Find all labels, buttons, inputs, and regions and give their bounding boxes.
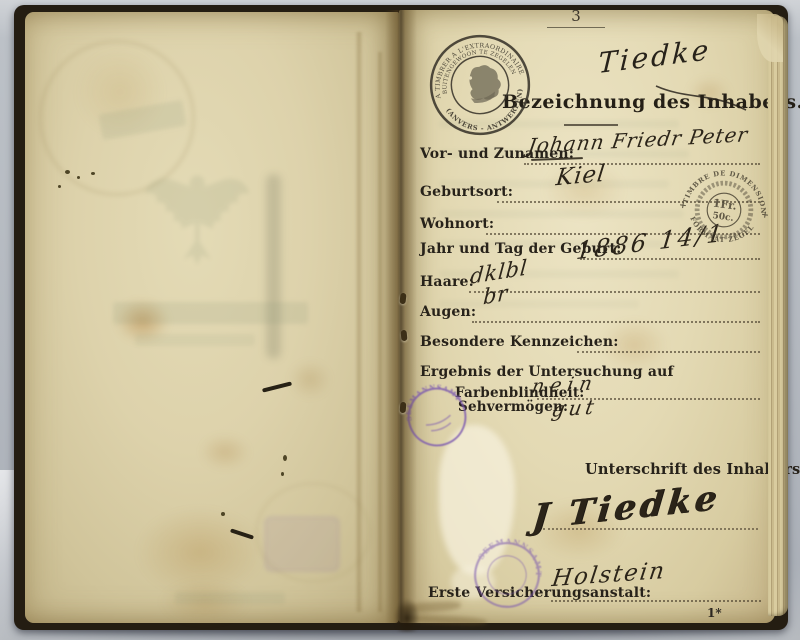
heading-underline	[564, 124, 618, 126]
page-edge-stack	[768, 16, 788, 616]
page-number: 3	[553, 7, 599, 25]
binding-stitch	[400, 402, 407, 413]
ink-speck	[91, 172, 95, 175]
binding-gutter	[385, 10, 417, 623]
stain	[280, 352, 340, 407]
ink-speck	[65, 170, 70, 174]
field-label-geburtsort: Geburtsort:	[420, 184, 513, 200]
dotted-line	[469, 291, 760, 293]
section-heading: Bezeichnung des Inhabers.	[502, 91, 800, 113]
page-crease	[377, 52, 383, 612]
bleedthrough-text	[113, 302, 308, 324]
field-label-kennzeichen: Besondere Kennzeichen:	[420, 334, 619, 350]
bleedthrough-text	[135, 334, 255, 346]
field-value-sehvermoegen: gut	[550, 394, 600, 422]
scanned-seamans-book: 3 Tiedke Bezeichnung des Inhabers. Vor- …	[0, 0, 800, 640]
field-label-haare: Haare:	[420, 274, 474, 290]
ink-speck	[281, 472, 284, 476]
field-label-augen: Augen:	[420, 304, 476, 320]
printer-mark: 1*	[707, 606, 722, 620]
violet-stamp-ghost	[265, 517, 339, 571]
dotted-line	[577, 351, 760, 353]
field-value-geburtsort: Kiel	[554, 161, 607, 192]
dotted-line	[472, 321, 760, 323]
dotted-line	[551, 600, 761, 602]
ink-speck	[77, 176, 80, 179]
left-page	[25, 12, 399, 623]
stain	[190, 427, 260, 477]
bleedthrough-text	[175, 592, 285, 604]
field-value-augen: br	[482, 280, 509, 309]
lion-coat-of-arms	[463, 62, 505, 106]
bleedthrough-smudge	[266, 174, 281, 359]
field-label-wohnort: Wohnort:	[420, 216, 494, 232]
eagle-watermark	[137, 162, 253, 298]
ink-speck	[221, 512, 225, 516]
ink-speck	[58, 185, 61, 188]
page-number-underline	[547, 27, 605, 28]
binding-stitch	[401, 330, 408, 341]
page-crease	[355, 32, 363, 612]
ink-speck	[283, 455, 287, 461]
dimension-stamp: TIMBRE DE DIMENSION FORMAAT ZEGEL 1Fr. 5…	[670, 156, 778, 264]
binding-thread-tangle	[394, 598, 420, 632]
stamp-value-50c: 50c.	[712, 210, 735, 224]
